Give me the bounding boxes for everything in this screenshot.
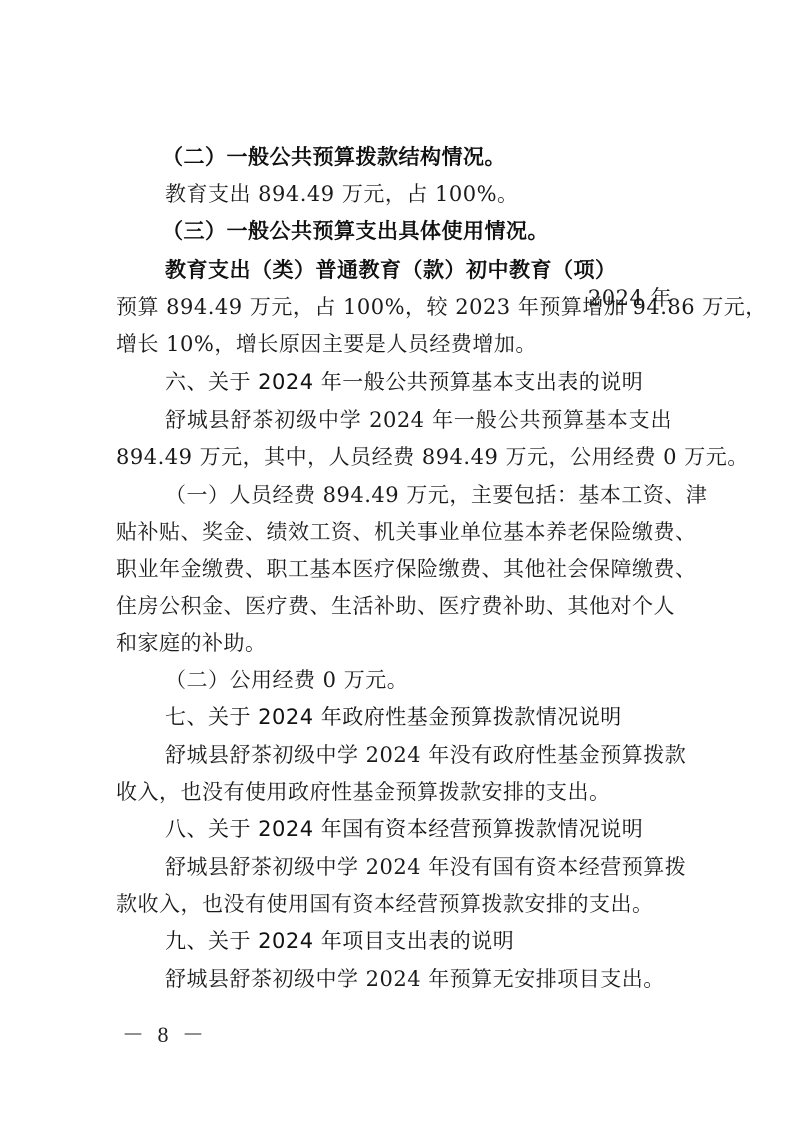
paragraph-project-expense: 舒城县舒茶初级中学 2024 年预算无安排项目支出。: [165, 965, 665, 993]
paragraph-expense-detail-line-3: 增长 10%，增长原因主要是人员经费增加。: [116, 330, 537, 358]
heading-basic-expense-table: 六、关于 2024 年一般公共预算基本支出表的说明: [165, 368, 643, 396]
paragraph-personnel-expense-line-2: 贴补贴、奖金、绩效工资、机关事业单位基本养老保险缴费、: [116, 518, 672, 546]
page-number: － 8 －: [122, 1018, 208, 1049]
paragraph-personnel-expense-line-3: 职业年金缴费、职工基本医疗保险缴费、其他社会保障缴费、: [116, 555, 672, 583]
paragraph-basic-expense-line-2: 894.49 万元，其中，人员经费 894.49 万元，公用经费 0 万元。: [116, 443, 672, 471]
paragraph-public-expense: （二）公用经费 0 万元。: [165, 666, 408, 694]
paragraph-personnel-expense-line-1: （一）人员经费 894.49 万元，主要包括：基本工资、津: [165, 481, 672, 509]
paragraph-basic-expense-line-1: 舒城县舒茶初级中学 2024 年一般公共预算基本支出: [165, 406, 672, 434]
paragraph-state-capital-line-2: 款收入，也没有使用国有资本经营预算拨款安排的支出。: [116, 890, 654, 918]
subheading-expense-usage: （三）一般公共预算支出具体使用情况。: [162, 217, 549, 245]
expense-category-lead: 教育支出（类）普通教育（款）初中教育（项）: [165, 258, 617, 282]
paragraph-state-capital-line-1: 舒城县舒茶初级中学 2024 年没有国有资本经营预算拨: [165, 853, 672, 881]
paragraph-government-fund-line-2: 收入，也没有使用政府性基金预算拨款安排的支出。: [116, 778, 611, 806]
paragraph-personnel-expense-line-4: 住房公积金、医疗费、生活补助、医疗费补助、其他对个人: [116, 592, 672, 620]
document-page: （二）一般公共预算拨款结构情况。 教育支出 894.49 万元，占 100%。 …: [0, 0, 793, 1122]
heading-project-expense: 九、关于 2024 年项目支出表的说明: [165, 927, 514, 955]
paragraph-personnel-expense-line-5: 和家庭的补助。: [116, 629, 267, 657]
heading-state-capital: 八、关于 2024 年国有资本经营预算拨款情况说明: [165, 815, 643, 843]
paragraph-government-fund-line-1: 舒城县舒茶初级中学 2024 年没有政府性基金预算拨款: [165, 741, 672, 769]
subheading-budget-structure: （二）一般公共预算拨款结构情况。: [162, 143, 506, 171]
paragraph-education-expense: 教育支出 894.49 万元，占 100%。: [165, 180, 519, 208]
heading-government-fund: 七、关于 2024 年政府性基金预算拨款情况说明: [165, 703, 622, 731]
paragraph-expense-detail-line-2: 预算 894.49 万元，占 100%，较 2023 年预算增加 94.86 万…: [116, 293, 672, 321]
